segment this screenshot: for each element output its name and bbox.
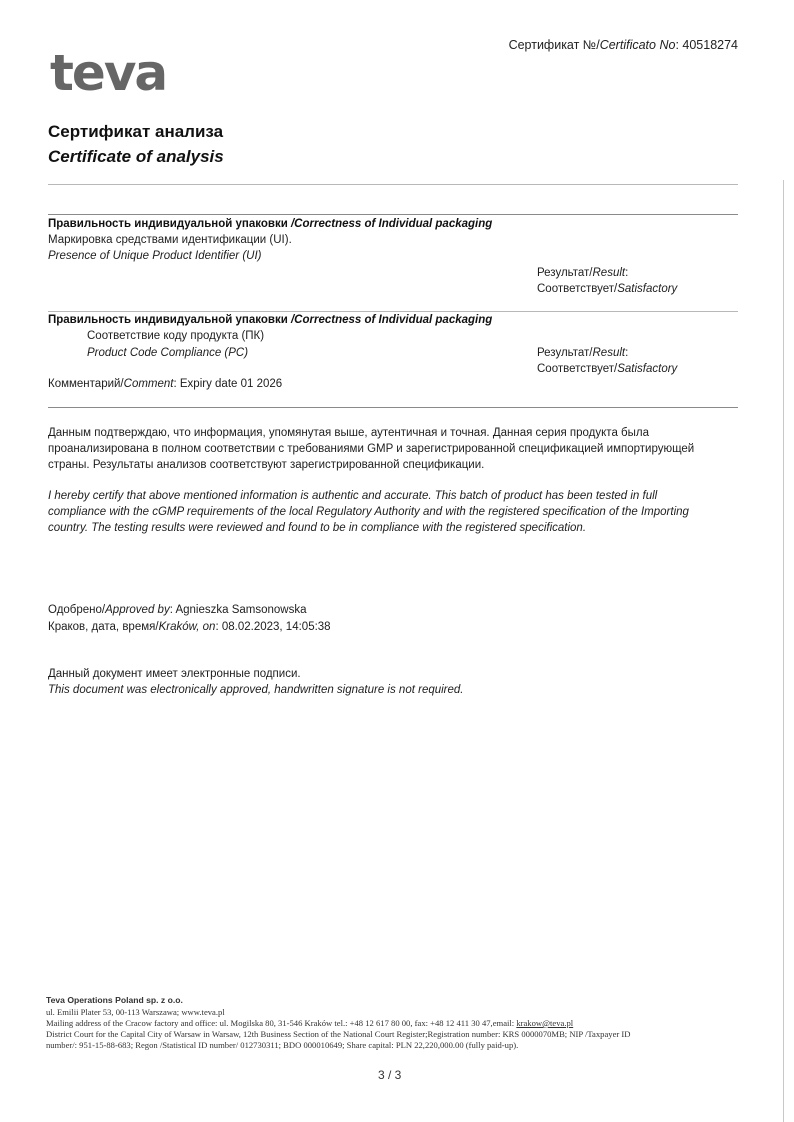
approval-datetime: : 08.02.2023, 14:05:38: [215, 621, 330, 633]
logo-wordmark: teva: [50, 44, 166, 102]
page-title-ru: Сертификат анализа: [48, 122, 223, 142]
certification-ru-line-3: страны. Результаты анализов соответствую…: [48, 459, 484, 471]
certification-ru-line-1: Данным подтверждаю, что информация, упом…: [48, 427, 649, 439]
comment-value: : Expiry date 01 2026: [174, 378, 283, 390]
cert-label-ru: Сертификат №/: [509, 38, 600, 52]
approval-place-date: Краков, дата, время/Kraków, on: 08.02.20…: [48, 621, 331, 633]
certification-ru-line-2: проанализирована в полном соответствии с…: [48, 443, 694, 455]
footer-numbers: number/: 951-15-88-683; Regon /Statistic…: [46, 1040, 518, 1050]
page-title-en: Certificate of analysis: [48, 147, 224, 167]
scan-edge-line: [783, 180, 784, 1122]
result-label-ru: Результат/: [537, 347, 593, 359]
section-1-heading-en: /Correctness of Individual packaging: [291, 218, 492, 230]
cert-label-en: Certificato No: [600, 38, 676, 52]
section-1-line-ru: Маркировка средствами идентификации (UI)…: [48, 234, 292, 246]
result-value-ru: Соответствует/: [537, 363, 617, 375]
result-label-en: Result: [593, 347, 626, 359]
footer-address: ul. Emilii Plater 53, 00-113 Warszawa; w…: [46, 1007, 225, 1017]
certificate-number: Сертификат №/Certificato No: 40518274: [509, 38, 738, 52]
certification-en-line-2: compliance with the cGMP requirements of…: [48, 506, 689, 518]
certification-en-line-3: country. The testing results were review…: [48, 522, 586, 534]
footer-court: District Court for the Capital City of W…: [46, 1029, 630, 1039]
footer-mailing-text: Mailing address of the Cracow factory an…: [46, 1018, 516, 1028]
esign-note-en: This document was electronically approve…: [48, 684, 464, 696]
section-1-heading-ru: Правильность индивидуальной упаковки: [48, 218, 291, 230]
approved-label-ru: Одобрено/: [48, 604, 105, 616]
result-value-en: Satisfactory: [617, 283, 677, 295]
comment-label-en: Comment: [124, 378, 174, 390]
section-1-result-label: Результат/Result:: [537, 267, 628, 279]
certification-en-line-1: I hereby certify that above mentioned in…: [48, 490, 657, 502]
place-label-ru: Краков, дата, время/: [48, 621, 159, 633]
place-label-en: Kraków, on: [159, 621, 216, 633]
esign-note-ru: Данный документ имеет электронные подпис…: [48, 668, 301, 680]
divider: [48, 184, 738, 185]
result-value-ru: Соответствует/: [537, 283, 617, 295]
approved-by: Одобрено/Approved by: Agnieszka Samsonow…: [48, 604, 307, 616]
page-number: 3 / 3: [378, 1068, 401, 1082]
section-1-result-value: Соответствует/Satisfactory: [537, 283, 677, 295]
cert-number-value: : 40518274: [675, 38, 738, 52]
result-label-ru: Результат/: [537, 267, 593, 279]
comment-label-ru: Комментарий/: [48, 378, 124, 390]
section-2-result-value: Соответствует/Satisfactory: [537, 363, 677, 375]
section-1-heading: Правильность индивидуальной упаковки /Co…: [48, 218, 492, 230]
result-value-en: Satisfactory: [617, 363, 677, 375]
section-2-line-en: Product Code Compliance (PC): [87, 347, 248, 359]
section-1-line-en: Presence of Unique Product Identifier (U…: [48, 250, 262, 262]
result-colon: :: [625, 347, 628, 359]
divider: [48, 311, 738, 312]
divider: [48, 407, 738, 408]
teva-logo: teva: [50, 52, 180, 102]
section-2-heading-en: /Correctness of Individual packaging: [291, 314, 492, 326]
approved-label-en: Approved by: [105, 604, 170, 616]
result-colon: :: [625, 267, 628, 279]
section-2-heading-ru: Правильность индивидуальной упаковки: [48, 314, 291, 326]
footer-mailing: Mailing address of the Cracow factory an…: [46, 1018, 573, 1028]
section-2-heading: Правильность индивидуальной упаковки /Co…: [48, 314, 492, 326]
result-label-en: Result: [593, 267, 626, 279]
footer-email-link[interactable]: krakow@teva.pl: [516, 1018, 573, 1028]
divider: [48, 214, 738, 215]
section-2-result-label: Результат/Result:: [537, 347, 628, 359]
comment: Комментарий/Comment: Expiry date 01 2026: [48, 378, 282, 390]
section-2-line-ru: Соответствие коду продукта (ПК): [87, 330, 264, 342]
approver-name: : Agnieszka Samsonowska: [170, 604, 307, 616]
footer-company: Teva Operations Poland sp. z o.o.: [46, 995, 183, 1005]
